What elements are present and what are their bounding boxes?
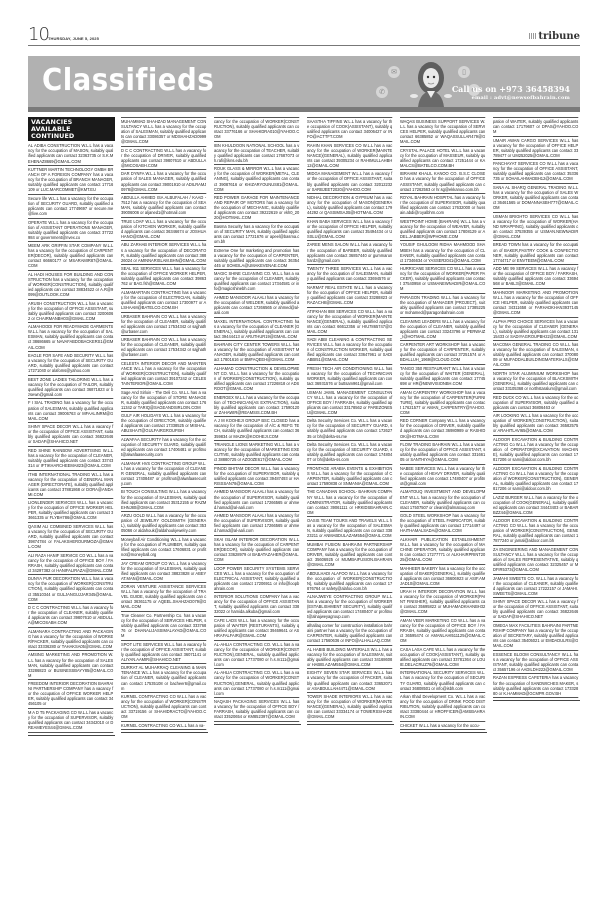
classified-ad: Arkan Ithad Development Co. W.L.L has a … <box>400 693 485 722</box>
classified-ad: KHAN BABA SERVICES W.L.L has a vacancy f… <box>307 218 392 242</box>
classified-ad: ALKHAIR PUBLICATION ESTABLISHMENT W.L.L … <box>400 536 485 565</box>
classified-ad: ENERGEX W.L.L has a vacancy for the occu… <box>214 394 299 418</box>
classified-columns: VACANCIES AVAILABLE CONTINUED AL ADIBA C… <box>28 117 580 867</box>
classified-ad: EAGLE FOR SAFE AND SECURITY W.L.L has a … <box>28 352 113 376</box>
classified-ad: ABDULHADI ALAFOO W.L.L has a vacancy for… <box>307 570 392 594</box>
classified-ad: PARAGON TRADING W.L.L has a vacancy for … <box>400 294 485 318</box>
column-end-rule <box>214 724 301 725</box>
classified-ad: Delta Security Services Co. W.L.L has a … <box>307 417 392 441</box>
classified-ad: DAR DYNFA W.L.L has a vacancy for the oc… <box>121 170 206 194</box>
classified-ad: MAXEL INTERNATIONAL CONTRACTING has a va… <box>214 318 299 342</box>
classified-ad: ARZU GOLD W.L.L has a vacancy for the oc… <box>121 512 206 536</box>
classified-ad: ALNAJWEYE CONTRACTING GROUP W.L.L has a … <box>307 593 392 622</box>
classified-ad: RED CORNER Company W.L.L has a vacancy f… <box>400 417 485 441</box>
classified-ad: FRONTAGE ARABIA EVENTS & EXHIBITIONS W.L… <box>307 465 392 489</box>
classified-ad: OMEGA MAX FACILITIES BAHRAINI PARTNERSHI… <box>493 622 578 651</box>
classified-ad: True Cleaner Co. Partnership Co. has a v… <box>121 612 206 641</box>
classified-ad: CLEANING LEADERS W.L.L has a vacancy for… <box>400 318 485 342</box>
classified-ad: EIGHTY SEVEN STAR SERVICES W.L.L has a v… <box>307 669 392 693</box>
classified-ad: INTERNATIONAL SECURITY SERVICES W.L.L ha… <box>400 669 485 693</box>
classifieds-banner: Classifieds ✉ ✆ ▯ ⊕ Call us on +973 3645… <box>28 56 580 112</box>
classified-ad: MAGIC SHINE CLEANING CO. W.L.L has a vac… <box>214 270 299 294</box>
classified-ad: Delta Security Services Co. W.L.L has a … <box>307 441 392 465</box>
column-5: WAQAS BUSINESS SUPPORT SERVICES W.L.L ha… <box>400 117 487 867</box>
issue-date: THURSDAY, JUNE 5, 2025 <box>48 36 99 41</box>
classified-ad: AMSING MARKETING AND PROMOTION W.L.L has… <box>28 651 113 680</box>
classified-ad: UMAIR AWAN CARGO SERVICES W.L.L has a va… <box>493 137 578 161</box>
classified-ad: THE CANADIAN SCHOOL- BAHRAIN COMPANY W.L… <box>307 488 392 517</box>
classified-ad: ALDOOR EXCAVATION & BUILDING CONTRACTING… <box>493 465 578 494</box>
classified-ad: AL-AHLIA CONTRACTING CO. W.L.L has a vac… <box>214 641 299 670</box>
classified-ad: CHICKET W.L.L has a vacancy for the occu… <box>400 722 485 731</box>
classified-ad: ATIFKHAN 888 SERVICES CO W.L.L has a vac… <box>307 308 392 337</box>
classified-ad: SHINY SPACE DECOR W.L.L has a vacancy fo… <box>493 598 578 622</box>
classified-ad: RAZAN EXPRESS CAFETERIA has a vacancy fo… <box>493 674 578 698</box>
classified-ad: Sage And Sirloin - The Deli Co. W.L.L ha… <box>121 389 206 413</box>
classified-ad: AMAN CARPENTRY WORKSHOP has a vacancy fo… <box>400 389 485 418</box>
classified-ad: RED SHINE RAINBOW ADVERTISING W.L.L has … <box>28 447 113 471</box>
classified-ad: M A D T5 PACKAGING CO W.L.L has a vacanc… <box>28 709 113 733</box>
classified-ad: USMAN JAMIL MANAGEMENT CONSULTANCY W.L.L… <box>307 389 392 418</box>
mascot-illustration-icon <box>408 58 454 107</box>
classified-ad: Moneyball Air Conditioning W.L.L has a v… <box>121 536 206 560</box>
classified-ad: cancy for the occupation of WORKER(CONST… <box>214 117 299 142</box>
classified-ad: MUHAMMAD SHAHZAD MANAGEMENT CONSULTANCY … <box>121 117 206 147</box>
classified-ad: NABEE SERVICES W.L.L has a vacancy for t… <box>400 465 485 489</box>
classified-ad: BEST ZONE LADIES TAILORING W.L.L has a v… <box>28 376 113 400</box>
contact-phone: Call us on +973 36458394 <box>452 84 570 94</box>
classified-ad: CARPENTER ART WORKSHOP has a vacancy for… <box>400 341 485 365</box>
classified-ad: TRIANGLE LIONS MARKETING W.L.L has a vac… <box>214 441 299 465</box>
classified-ad: IBRAHIM KHALIL KANOO CO. B.S.C CLOSED ha… <box>400 170 485 194</box>
phone-icon: ✆ <box>376 86 388 98</box>
classified-ad: ROUK GLASS & MIRROR W.L.L has a vacancy … <box>214 165 299 194</box>
classified-ad: FRESH TECH AIR CONDITIONING W.L.L has a … <box>307 365 392 389</box>
classified-ad: GOLD STEEL WORKSHOP has a vacancy for th… <box>400 512 485 536</box>
section-heading: VACANCIES AVAILABLE CONTINUED <box>28 117 115 141</box>
classified-ad: QASIM ALI COMBINED SERVICES W.L.L has a … <box>28 523 113 552</box>
classified-ad: TOWER SHADE INTERIORS W.L.L has a vacanc… <box>307 693 392 722</box>
classified-ad: RED DUCK CO W.L.L has a vacancy for the … <box>493 394 578 413</box>
classified-ad: AL-AHLIA CONTRACTING CO. W.L.L has a vac… <box>214 669 299 698</box>
classified-ad: URBASER BAHRAIN CO W.L.L has a vacancy f… <box>121 336 206 360</box>
classified-ad: KUTTNER MARTIN TECHNOLOGY GMBH BRANCH OF… <box>28 166 113 195</box>
classified-ad: JAY CREAM GROUP CO W.L.L has a vacancy f… <box>121 560 206 584</box>
contact-email: email : advt@newsofbahrain.com <box>472 95 570 101</box>
column-end-rule <box>493 700 580 701</box>
classified-ad: D C C CONTRACTING W.L.L has a vacancy fo… <box>28 604 113 628</box>
classified-ad: ALDOOR EXCAVATION & BUILDING CONTRACTING… <box>493 517 578 546</box>
classified-ad: DURRAT AL MUHARRAQ CLEANING & MAINTENANC… <box>121 664 206 693</box>
classified-ad: RED POWER GARAGE FOR MAINTENANCE AND REP… <box>214 194 299 223</box>
classified-ad: DUNYA PUR DECORATION W.L.L has a vacancy… <box>28 575 113 604</box>
classified-ad: WAQAS BUSINESS SUPPORT SERVICES W.L.L ha… <box>400 117 485 147</box>
classified-ad: JAMAHI SWEETS CO. W.L.L has a vacancy fo… <box>493 575 578 599</box>
classified-ad: ARUSH CONSTRUCTION W.L.L has a vacancy f… <box>28 300 113 324</box>
column-end-rule <box>28 735 115 736</box>
classified-ad: Basma Security has a vacancy for the occ… <box>214 223 299 247</box>
classified-ad: ALDOOR EXCAVATION & BUILDING CONTRACTING… <box>493 436 578 465</box>
classified-ad: alhallaq corner for construction install… <box>307 622 392 646</box>
classified-ad: PANCHAYAT SERVICES CO W.L.L has a vacanc… <box>493 160 578 184</box>
classified-ad: CAFE LADS W.L.L has a vacancy for the oc… <box>214 617 299 641</box>
classified-ad: NAQASH PACKAGING SERVICES W.L.L has a va… <box>214 698 299 722</box>
mobile-icon: ▯ <box>458 66 470 78</box>
classified-ad: ITHB INTERNATIONAL TRADING W.L.L has a v… <box>28 471 113 500</box>
column-1: VACANCIES AVAILABLE CONTINUED AL ADIBA C… <box>28 117 115 867</box>
classified-ad: CELESTA INTERIOR DECOR AND MAINTENANCE W… <box>121 360 206 389</box>
masthead: 10 THURSDAY, JUNE 5, 2025 tribune <box>28 30 580 46</box>
classified-ad: A J M KOOHEJI GROUP BSC CLOSED has a vac… <box>214 417 299 441</box>
classified-ad: ALMAHOODI FOR READYMADE GARMENTS W.L.L h… <box>28 323 113 352</box>
classified-ad: URAH H INTERIOR DECORATION W.L.L has a v… <box>400 588 485 617</box>
classified-ad: NARMAT REAL ESTATE W.L.L has a vacancy f… <box>307 284 392 308</box>
classified-ad: ALHAMAD CONSTRUCTION & DEVELOPMENT CO. W… <box>214 365 299 394</box>
classified-ad: BI TOUCH CONSULTING W.L.L has a vacancy … <box>121 488 206 512</box>
classified-ad: SEAL 911 SERVICES W.L.L has a vacancy fo… <box>121 265 206 289</box>
classified-ad: SHINY SPACE DECOR W.L.L has a vacancy fo… <box>28 423 113 447</box>
classified-ad: SPOT LITE SERVICES W.L.L has a vacancy f… <box>121 641 206 665</box>
classified-ad: ADD ME 99 SERVICES W.L.L has a vacancy f… <box>493 265 578 289</box>
classified-ad: AHMED MANSOOR ALAALI has a vacancy for t… <box>214 294 299 318</box>
classified-ad: ALWAFAA SECURITY has a vacancy for the o… <box>121 436 206 460</box>
brand-name: tribune <box>538 31 580 42</box>
column-end-rule <box>121 732 208 733</box>
classified-ad: ALMAMARTAIN CONTRACTING has a vacancy fo… <box>121 289 206 313</box>
banner-divider <box>28 107 580 112</box>
classified-ad: USMAN BRIGHTO SERVICES CO W.L.L has a va… <box>493 213 578 242</box>
classified-ad: GULF AIR HOLIDAYS W.L.L has a vacancy fo… <box>121 412 206 436</box>
classified-ad: NORTH STAR ALUMINIUM WORKSHOP has a vaca… <box>493 370 578 394</box>
column-2: MUHAMMAD SHAHZAD MANAGEMENT CONSULTANCY … <box>121 117 208 867</box>
column-6: pation of WAITER, suitably qualified app… <box>493 117 580 867</box>
classified-ad: MACOMA GENERAL TRADING CO W.L.L has a va… <box>493 341 578 370</box>
classified-ad: CRYSTAL PALACE HOTEL W.L.L has a vacancy… <box>400 147 485 171</box>
classified-ad: ESSENCE BLOOM CONSULTANCY W.L.L has a va… <box>493 651 578 675</box>
classified-ad: OPERATE W.L.L has a vacancy for the occu… <box>28 219 113 243</box>
classified-ad: NIDHAL DECORATION & GYPSUM has a vacancy… <box>307 194 392 218</box>
classified-ad: KURNEL CONTRACTING CO W.L.L has a va- <box>121 722 206 731</box>
classified-ad: LOOP POWER SECURITY SYSTEMS SERVICES W.L… <box>214 565 299 594</box>
classified-ad: AHMED MANSOOR ALAALI has a vacancy for t… <box>214 512 299 536</box>
classified-ad: BREAD TOWN has a vacancy for the occupat… <box>493 241 578 265</box>
classified-ad: ABU ZARHAB INTERIOR SERVICES W.L.L has a… <box>121 241 206 265</box>
classified-ad: ALI RAZA HANIF SERVICE CO W.L.L has a va… <box>28 552 113 576</box>
classified-ad: MAHHEER BAKERY has a vacancy for the occ… <box>400 565 485 589</box>
classified-ad: YOUSIF GHULOOM RIDHA MAHMOOD SHAMBEH has… <box>400 241 485 265</box>
classified-ad: OASIS TEAM TOURS AND TRAVELS W.L.L has a… <box>307 517 392 541</box>
classified-ad: SANA AL SHARQ GENERAL TRADING W.L.L has … <box>493 184 578 213</box>
classified-ad: PINOD BHITAM DECOR W.L.L has a vacancy f… <box>214 465 299 489</box>
classified-ad: AIR LOOKING W.L.L has a vacancy for the … <box>493 412 578 436</box>
classified-ad: ZORAN VENTURE ASSISTANCE SERVICES W.L.L … <box>121 583 206 612</box>
classified-ad: AL HABIB BUILDING MATERIALS W.L.L has a … <box>307 646 392 670</box>
mail-icon: ✉ <box>388 66 400 78</box>
classified-ad: SKAI ISLAM INTERIOR DECORATION W.L.L has… <box>214 536 299 565</box>
classified-ad: WESTPOINT HOME (BAHRAIN) W.L.L has a vac… <box>400 218 485 242</box>
page-number: 10 <box>28 24 49 45</box>
classified-ad: SADI ABBI CLEANING & CONTRACTING SERVICE… <box>307 336 392 365</box>
classified-ad: AMAN VEER MARKETING CO W.L.L has a vacan… <box>400 617 485 646</box>
classified-ad: KURNEL CONTRACTING CO W.L.L has a vacanc… <box>121 693 206 722</box>
classified-ad: CASA LASA CAFE W.L.L has a vacancy for t… <box>400 646 485 670</box>
classified-ad: IBN KHULDOON NATIONAL SCHOOL has a vacan… <box>214 142 299 166</box>
brand-logo: tribune <box>529 31 580 42</box>
classified-ad: INTERIOR SOLUTIONS COMPANY has a vacancy… <box>214 593 299 617</box>
section-title: Classifieds <box>42 63 214 98</box>
classified-ad: LAZIZ BURGER W.L.L has a vacancy for the… <box>493 494 578 518</box>
classified-ad: FLOW TRADING BAHRAIN W.L.L has a vacancy… <box>400 441 485 465</box>
classified-ad: FREEDOM INTERIOR DECORATION BAHRAINI PAR… <box>28 680 113 709</box>
classified-ad: MEEM ARK GRIFFIN STAR COMPANY W.L.L has … <box>28 242 113 271</box>
classified-ad: Extreme One for marketing and promotion … <box>214 247 299 271</box>
column-3: cancy for the occupation of WORKER(CONST… <box>214 117 301 867</box>
column-end-rule <box>400 732 487 733</box>
classified-ad: SAASTHA TIFFINS W.L.L has a vacancy for … <box>307 117 392 142</box>
classified-ad: AL ADIBA CONSTRUCTION W.L.L has a vacanc… <box>28 142 113 166</box>
classified-ad: AL HADI HOUSES FOR BUILDING AND CONSTRUC… <box>28 271 113 300</box>
classified-ad: ALMANARA CONTRACTING AND PACKAGING has a… <box>28 628 113 652</box>
classified-ad: MUMBAI FUSION BAHRAINI PARTNERSHIP COMPA… <box>307 541 392 570</box>
classified-ad: Secure life W.L.L has a vacancy for the … <box>28 195 113 219</box>
classified-ad: LIONLENDER SERVICES W.L.L has a vacancy … <box>28 499 113 523</box>
classified-ad: TANGO 350 RESTAURANT W.L.L has a vacancy… <box>400 365 485 389</box>
classified-ad: MAHNOOR MARKETING AND PROMOTION W.L.L ha… <box>493 289 578 318</box>
column-end-rule <box>307 724 394 725</box>
classified-ad: TRUE LOAF W.L.L has a vacancy for the oc… <box>121 218 206 242</box>
classified-ad: HURRICANE SERVICES CO W.L.L has a vacanc… <box>400 265 485 294</box>
classified-ad: ZAREE MENS SALON W.L.L has a vacancy for… <box>307 241 392 265</box>
classified-ad: RAHIN KHAN SERVICES CO W.L.L has a vacan… <box>307 142 392 171</box>
classified-ad: ROYAL BAHRAIN HOSPITAL has a vacancy for… <box>400 194 485 218</box>
classified-ad: MIDGA MANAGEMENT W.L.L has a vacancy for… <box>307 170 392 194</box>
flag-icon <box>529 33 537 39</box>
classified-ad: ABDULLA AHMED ISA ALBUFALAH / KAAD - 751… <box>121 194 206 218</box>
classified-ad: F I SIAL TRADING has a vacancy for the o… <box>28 399 113 423</box>
classified-ad: AHMED MANSOOR ALAALI has a vacancy for t… <box>214 488 299 512</box>
classified-ad: D C C CONTRACTING W.L.L has a vacancy fo… <box>121 147 206 171</box>
classified-ad: BAHRAIN CITY CENTER TOWERS W.L.L has a v… <box>214 341 299 365</box>
classified-ad: ALMANAR HVS CONTRACTING GROUP W.L.L has … <box>121 460 206 489</box>
classified-ad: pation of WAITER, suitably qualified app… <box>493 117 578 137</box>
column-4: SAASTHA TIFFINS W.L.L has a vacancy for … <box>307 117 394 867</box>
classified-ad: ZA ENGINEERING AND MANAGEMENT CONSULTANC… <box>493 546 578 575</box>
classified-ad: TWENTY THREE SERVICES W.L.L has a vacanc… <box>307 265 392 284</box>
classified-ad: ALMATOUQ INVESTMENT AND DEVELOPMENT W.L.… <box>400 488 485 512</box>
classified-ad: ALPHA PRO CHOICE SERVICES has a vacancy … <box>493 318 578 342</box>
classified-ad: URBASER BAHRAIN CO W.L.L has a vacancy f… <box>121 313 206 337</box>
